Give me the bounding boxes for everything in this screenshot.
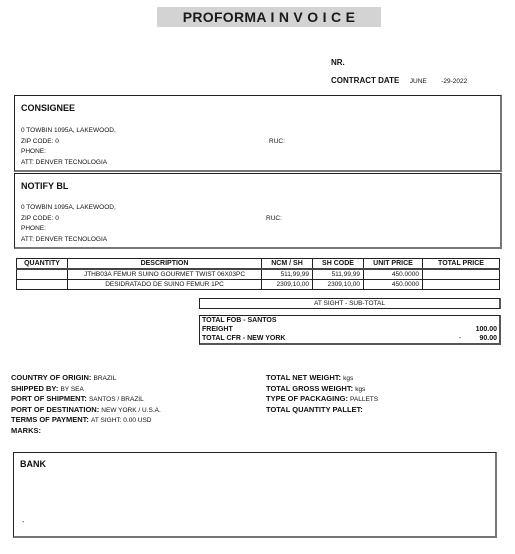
packaging-value: PALLETS	[350, 396, 378, 403]
header-ncm: NCM / SH	[262, 259, 313, 270]
gross-weight-label: TOTAL GROSS WEIGHT:	[266, 384, 353, 393]
items-table-header: QUANTITY DESCRIPTION NCM / SH SH CODE UN…	[17, 259, 500, 270]
freight-value: 100.00	[476, 325, 497, 334]
net-weight: TOTAL NET WEIGHT: kgs	[266, 373, 378, 384]
notify-ruc: RUC:	[266, 215, 282, 222]
port-of-shipment-label: PORT OF SHIPMENT:	[11, 394, 87, 403]
consignee-street: 0 TOWBIN 1095A, LAKEWOOD,	[21, 126, 116, 137]
totals-box: TOTAL FOB - SANTOS FREIGHT 100.00 TOTAL …	[199, 315, 501, 345]
subtotal-bar: AT SIGHT - SUB-TOTAL	[199, 298, 501, 309]
terms-of-payment-label: TERMS OF PAYMENT:	[11, 415, 89, 424]
net-weight-label: TOTAL NET WEIGHT:	[266, 373, 341, 382]
consignee-address: 0 TOWBIN 1095A, LAKEWOOD, ZIP CODE: 0 PH…	[21, 126, 116, 168]
port-of-shipment: PORT OF SHIPMENT: SANTOS / BRAZIL	[11, 394, 161, 405]
contract-date: CONTRACT DATE JUNE -29-2022	[331, 70, 467, 88]
contract-date-label: CONTRACT DATE	[331, 76, 399, 85]
consignee-title: CONSIGNEE	[21, 103, 75, 113]
total-fob-row: TOTAL FOB - SANTOS	[202, 316, 498, 325]
quantity-pallet-label: TOTAL QUANTITY PALLET:	[266, 405, 363, 414]
consignee-phone: PHONE:	[21, 147, 116, 158]
cell-sh-code: 511,99,99	[313, 269, 364, 280]
document-title: PROFORMA I N V O I C E	[157, 7, 381, 27]
notify-box: NOTIFY BL 0 TOWBIN 1095A, LAKEWOOD, ZIP …	[14, 173, 502, 249]
header-quantity: QUANTITY	[17, 259, 68, 270]
notify-zip: ZIP CODE: 0	[21, 214, 116, 225]
total-fob-label: TOTAL FOB - SANTOS	[202, 317, 277, 324]
shipped-by-label: SHIPPED BY:	[11, 384, 58, 393]
cell-unit-price: 450.0000	[364, 269, 423, 280]
table-row: DESIDRATADO DE SUINO FEMUR 1PC 2309,10,0…	[17, 280, 500, 290]
shipped-by-value: BY SEA	[60, 386, 83, 393]
cell-total-price	[423, 269, 500, 280]
shipped-by: SHIPPED BY: BY SEA	[11, 384, 161, 395]
consignee-zip: ZIP CODE: 0	[21, 137, 116, 148]
cell-quantity	[17, 269, 68, 280]
port-of-shipment-value: SANTOS / BRAZIL	[89, 396, 144, 403]
port-of-destination-value: NEW YORK / U.S.A.	[101, 407, 160, 414]
freight-label: FREIGHT	[202, 326, 233, 333]
nr-label: NR.	[331, 58, 345, 67]
freight-row: FREIGHT 100.00	[202, 325, 498, 334]
port-of-destination: PORT OF DESTINATION: NEW YORK / U.S.A.	[11, 405, 161, 416]
total-cfr-label: TOTAL CFR - NEW YORK	[202, 335, 285, 342]
cell-ncm: 511,99,99	[262, 269, 313, 280]
items-table: QUANTITY DESCRIPTION NCM / SH SH CODE UN…	[16, 258, 500, 290]
total-cfr-sign: -	[459, 334, 461, 343]
cell-unit-price: 450.0000	[364, 280, 423, 290]
gross-weight: TOTAL GROSS WEIGHT: kgs	[266, 384, 378, 395]
weights-info: TOTAL NET WEIGHT: kgs TOTAL GROSS WEIGHT…	[266, 373, 378, 415]
notify-phone: PHONE:	[21, 224, 116, 235]
marks: MARKS:	[11, 426, 161, 437]
cell-description: DESIDRATADO DE SUINO FEMUR 1PC	[68, 280, 262, 290]
consignee-box: CONSIGNEE 0 TOWBIN 1095A, LAKEWOOD, ZIP …	[14, 95, 502, 172]
bank-title: BANK	[20, 459, 46, 469]
port-of-destination-label: PORT OF DESTINATION:	[11, 405, 99, 414]
total-cfr-value: 90.00	[479, 334, 497, 343]
packaging-type: TYPE OF PACKAGING: PALLETS	[266, 394, 378, 405]
bank-box: BANK -	[13, 452, 497, 538]
bank-content: -	[22, 519, 24, 526]
header-description: DESCRIPTION	[68, 259, 262, 270]
consignee-ruc: RUC:	[269, 138, 285, 145]
shipping-info: COUNTRY OF ORIGIN: BRAZIL SHIPPED BY: BY…	[11, 373, 161, 436]
header-unit-price: UNIT PRICE	[364, 259, 423, 270]
quantity-pallet: TOTAL QUANTITY PALLET:	[266, 405, 378, 416]
cell-quantity	[17, 280, 68, 290]
terms-of-payment: TERMS OF PAYMENT: AT SIGHT: 0.00 USD	[11, 415, 161, 426]
table-row: JTHB03A FEMUR SUINO GOURMET TWIST 06X03P…	[17, 269, 500, 280]
net-weight-unit: kgs	[343, 375, 353, 382]
consignee-att: ATT: DENVER TECNOLOGIA	[21, 158, 116, 169]
contract-date-month: JUNE	[410, 78, 427, 85]
cell-ncm: 2309,10,00	[262, 280, 313, 290]
cell-description: JTHB03A FEMUR SUINO GOURMET TWIST 06X03P…	[68, 269, 262, 280]
contract-date-value: -29-2022	[441, 78, 467, 85]
cell-sh-code: 2309,10,00	[313, 280, 364, 290]
cell-total-price	[423, 280, 500, 290]
header-sh-code: SH CODE	[313, 259, 364, 270]
country-of-origin: COUNTRY OF ORIGIN: BRAZIL	[11, 373, 161, 384]
packaging-label: TYPE OF PACKAGING:	[266, 394, 348, 403]
gross-weight-unit: kgs	[355, 386, 365, 393]
notify-street: 0 TOWBIN 1095A, LAKEWOOD,	[21, 203, 116, 214]
header-total-price: TOTAL PRICE	[423, 259, 500, 270]
country-of-origin-value: BRAZIL	[94, 375, 117, 382]
notify-address: 0 TOWBIN 1095A, LAKEWOOD, ZIP CODE: 0 PH…	[21, 203, 116, 245]
terms-of-payment-value: AT SIGHT: 0.00 USD	[91, 417, 151, 424]
notify-title: NOTIFY BL	[21, 181, 68, 191]
marks-label: MARKS:	[11, 426, 41, 435]
country-of-origin-label: COUNTRY OF ORIGIN:	[11, 373, 91, 382]
total-cfr-row: TOTAL CFR - NEW YORK - 90.00	[202, 334, 498, 343]
notify-att: ATT: DENVER TECNOLOGIA	[21, 235, 116, 246]
